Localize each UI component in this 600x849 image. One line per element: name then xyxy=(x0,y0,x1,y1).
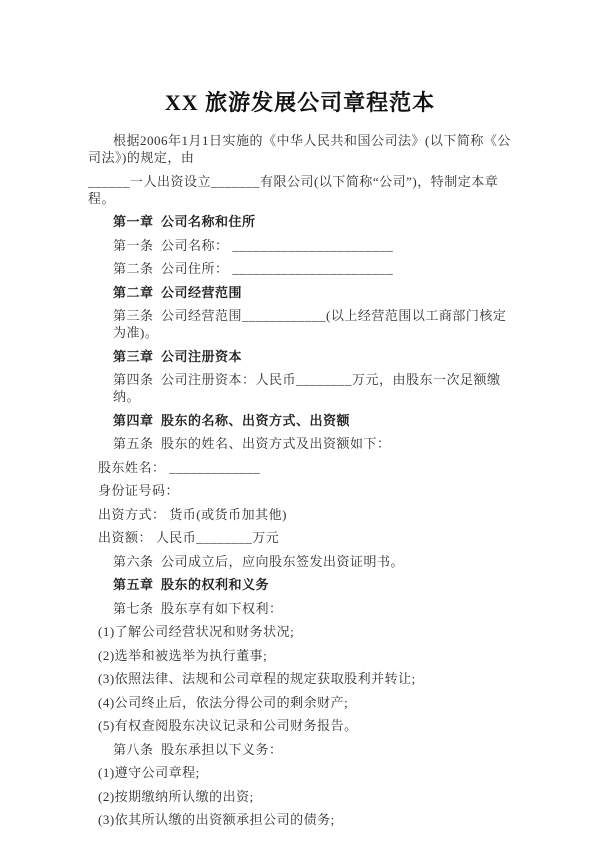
article-line: 第四条 公司注册资本：人民币________万元，由股东一次足额缴纳。 xyxy=(113,371,512,405)
article-line: 第八条 股东承担以下义务： xyxy=(113,741,512,758)
article-line: 第五条 股东的姓名、出资方式及出资额如下： xyxy=(113,435,512,452)
chapter-heading: 第四章 股东的名称、出资方式、出资额 xyxy=(113,412,512,429)
field-line: 出资额： 人民币________万元 xyxy=(98,529,512,546)
document-title: XX 旅游发展公司章程范本 xyxy=(88,88,512,118)
field-line: 股东姓名： _____________ xyxy=(98,459,512,476)
list-item: (4)公司终止后，依法分得公司的剩余财产; xyxy=(98,694,512,711)
chapter-heading: 第三章 公司注册资本 xyxy=(113,348,512,365)
article-line: 第二条 公司住所： _______________________ xyxy=(113,260,512,277)
intro-line: ______一人出资设立_______有限公司(以下简称“公司”)，特制定本章程… xyxy=(88,173,512,207)
field-line: 出资方式： 货币(或货币加其他) xyxy=(98,506,512,523)
article-line: 第三条 公司经营范围____________(以上经营范围以工商部门核定为准)。 xyxy=(113,307,512,341)
list-item: (1)遵守公司章程; xyxy=(98,764,512,781)
intro-line: 根据2006年1月1日实施的《中华人民共和国公司法》(以下简称《公司法》)的规定… xyxy=(88,132,512,166)
list-item: (1)了解公司经营状况和财务状况; xyxy=(98,623,512,640)
field-line: 身份证号码： xyxy=(98,482,512,499)
list-item: (3)依其所认缴的出资额承担公司的债务; xyxy=(98,811,512,828)
list-item: (3)依照法律、法规和公司章程的规定获取股利并转让; xyxy=(98,670,512,687)
article-line: 第一条 公司名称： _______________________ xyxy=(113,237,512,254)
article-line: 第六条 公司成立后，应向股东签发出资证明书。 xyxy=(113,553,512,570)
list-item: (5)有权查阅股东决议记录和公司财务报告。 xyxy=(98,717,512,734)
list-item: (2)选举和被选举为执行董事; xyxy=(98,647,512,664)
article-line: 第七条 股东享有如下权利： xyxy=(113,600,512,617)
chapter-heading: 第一章 公司名称和住所 xyxy=(113,213,512,230)
chapter-heading: 第五章 股东的权利和义务 xyxy=(113,576,512,593)
chapter-heading: 第二章 公司经营范围 xyxy=(113,284,512,301)
list-item: (2)按期缴纳所认缴的出资; xyxy=(98,788,512,805)
document-page: XX 旅游发展公司章程范本 根据2006年1月1日实施的《中华人民共和国公司法》… xyxy=(0,0,600,849)
